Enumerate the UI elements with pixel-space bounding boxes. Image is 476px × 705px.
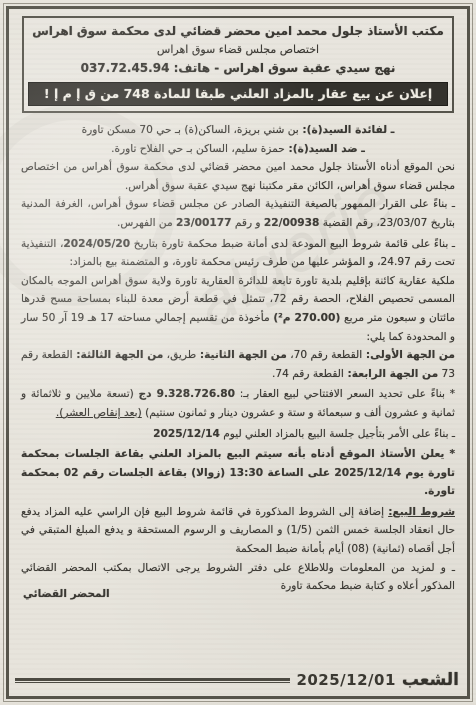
contact-row: ـ و لمزيد من المعلومات وللاطلاع على دفتر… <box>21 559 455 598</box>
newspaper-footer: الشعب 2025/12/01 <box>15 670 459 690</box>
party-against-line: ـ ضد السيد(ة): حمزة سليم، الساكن بـ حي ا… <box>21 140 455 159</box>
document-frame: algerie مكتب الأستاذ جلول محمد امين محضر… <box>6 6 470 699</box>
footer-divider-line <box>15 678 290 683</box>
letterhead-box: مكتب الأستاذ جلول محمد امين محضر قضائي ل… <box>22 16 454 113</box>
sale-conditions-reference: ـ بناءً على قائمة شروط البيع المودعة لدى… <box>21 235 455 272</box>
jurisdiction-line: اختصاص مجلس قضاء سوق اهراس <box>28 42 448 57</box>
publication-date: 2025/12/01 <box>296 671 395 689</box>
scanned-legal-notice: algerie مكتب الأستاذ جلول محمد امين محضر… <box>0 0 476 705</box>
newspaper-name: الشعب <box>402 670 459 690</box>
property-boundaries: من الجهة الأولى: القطعة رقم 70، من الجهة… <box>21 346 455 383</box>
notice-body: ـ لفائدة السيد(ة): بن شني بريزة، الساكن(… <box>18 119 458 598</box>
property-description: ملكية عقارية كائنة بإقليم بلدية تاورة تا… <box>21 272 455 346</box>
bailiff-signature-label: المحضر القضائي <box>23 588 110 600</box>
postponement-order: ـ بناءً على الأمر بتأجيل جلسة البيع بالم… <box>21 425 455 444</box>
address-phone-line: نهج سيدي عقبة سوق اهراس - هاتف: 037.72.4… <box>28 60 448 76</box>
party-for-line: ـ لفائدة السيد(ة): بن شني بريزة، الساكن(… <box>21 121 455 140</box>
sale-terms: شروط البيع: إضافة إلى الشروط المذكورة في… <box>21 503 455 559</box>
judgment-reference: ـ بناءً على القرار الممهور بالصيغة التنف… <box>21 195 455 232</box>
auction-announcement: * يعلن الأستاذ الموقع أدناه بأنه سيتم ال… <box>21 445 455 501</box>
announcement-banner: إعلان عن بيع عقار بالمزاد العلني طبقا لل… <box>28 82 448 106</box>
opening-price: * بناءً على تحديد السعر الافتتاحي لبيع ا… <box>21 385 455 422</box>
bailiff-intro: نحن الموقع أدناه الأستاذ جلول محمد امين … <box>21 158 455 195</box>
bailiff-office-title: مكتب الأستاذ جلول محمد امين محضر قضائي ل… <box>28 23 448 39</box>
